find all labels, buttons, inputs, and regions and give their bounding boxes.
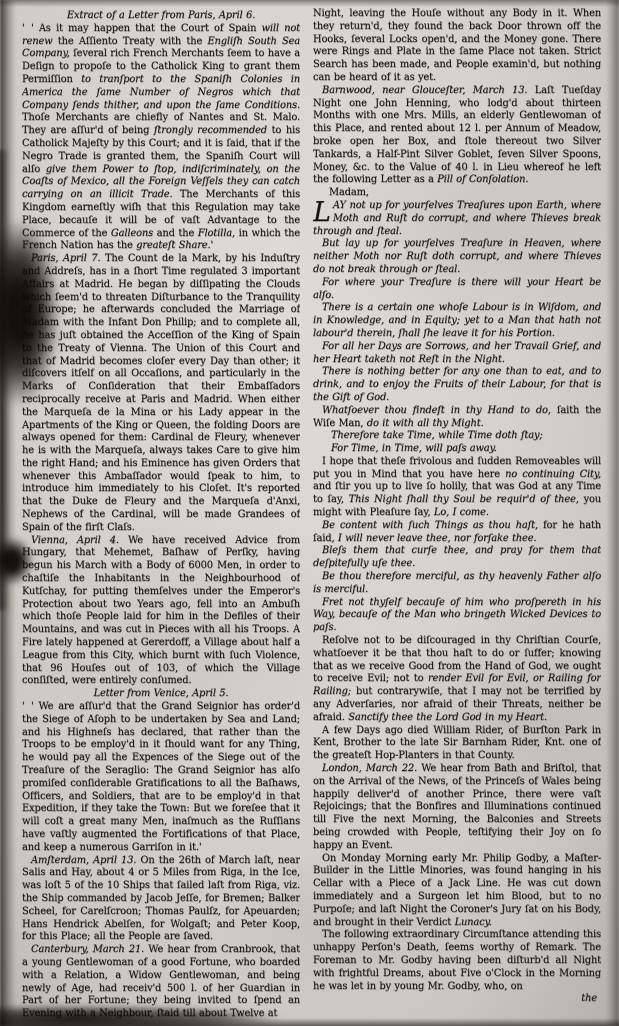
catchword: the (313, 993, 601, 1006)
paris-april7-paragraph: Paris, April 7. The Count de la Mark, by… (22, 253, 300, 535)
barnwood-paragraph: Barnwood, near Glouceſter, March 13. Laſ… (313, 85, 601, 187)
scripture-verse: For all her Days are Sorrows, and her Tr… (313, 341, 601, 367)
amsterdam-paragraph: Amſterdam, April 13. On the 26th of Marc… (22, 855, 300, 945)
left-column: Extract of a Letter from Paris, April 6.… (22, 10, 300, 1018)
godby-paragraph: On Monday Morning early Mr. Philip Godby… (313, 853, 601, 930)
scan-edge (0, 0, 619, 7)
scan-edge (0, 0, 16, 1026)
scripture-verse: Bleſs them that curſe thee, and pray for… (313, 545, 601, 571)
hope-paragraph: I hope that theſe frivolous and ſudden R… (313, 456, 601, 520)
scripture-verse: Be thou therefore merciful, as thy heave… (313, 571, 601, 597)
william-rider-paragraph: A few Days ago died William Rider, of Bu… (313, 725, 601, 763)
newspaper-scan-page: Extract of a Letter from Paris, April 6.… (0, 0, 619, 1026)
scan-edge (0, 1018, 619, 1026)
drop-cap-initial: L (313, 200, 333, 224)
scripture-verse: There is nothing better for any one than… (313, 366, 601, 404)
letter-salutation: Madam, (313, 187, 601, 200)
scripture-verse: There is a certain one whoſe Labour is i… (313, 302, 601, 340)
venice-letter-body: ' We are aſſur'd that the Grand Seignior… (22, 701, 300, 855)
letter-opening-verse: LAY not up for yourſelves Treaſures upon… (313, 200, 601, 238)
foreman-paragraph: The following extraordinary Circumſtance… (313, 929, 601, 993)
scripture-verse: For where your Treaſure is there will yo… (313, 277, 601, 303)
wise-man-verse: Whatſoever thou findeſt in thy Hand to d… (313, 405, 601, 431)
verse-text: AY not up for yourſelves Treaſures upon … (313, 200, 601, 237)
venice-letter-heading: Letter from Venice, April 5. (22, 688, 300, 701)
london-paragraph: London, March 22. We hear from Bath and … (313, 763, 601, 853)
time-couplet: Therefore take Time, while Time doth ſta… (313, 430, 601, 456)
canterbury-continuation: Night, leaving the Houſe without any Bod… (313, 8, 601, 85)
paris-letter-heading: Extract of a Letter from Paris, April 6. (22, 10, 300, 23)
resolve-paragraph: Reſolve not to be diſcouraged in thy Chr… (313, 635, 601, 725)
scan-edge (606, 0, 619, 1026)
scripture-verse: But lay up for yourſelves Treaſure in He… (313, 238, 601, 276)
be-content-verse: Be content with ſuch Things as thou haſt… (313, 520, 601, 546)
right-column: Night, leaving the Houſe without any Bod… (313, 8, 601, 1018)
canterbury-paragraph: Canterbury, March 21. We hear from Cranb… (22, 944, 300, 1018)
paris-letter-body: ' As it may happen that the Court of Spa… (22, 23, 300, 253)
text-columns: Extract of a Letter from Paris, April 6.… (22, 10, 601, 1018)
scripture-verse: Fret not thyſelf becauſe of him who proſ… (313, 597, 601, 635)
vienna-paragraph: Vienna, April 4. We have received Advice… (22, 535, 300, 689)
ink-stain (0, 150, 10, 610)
